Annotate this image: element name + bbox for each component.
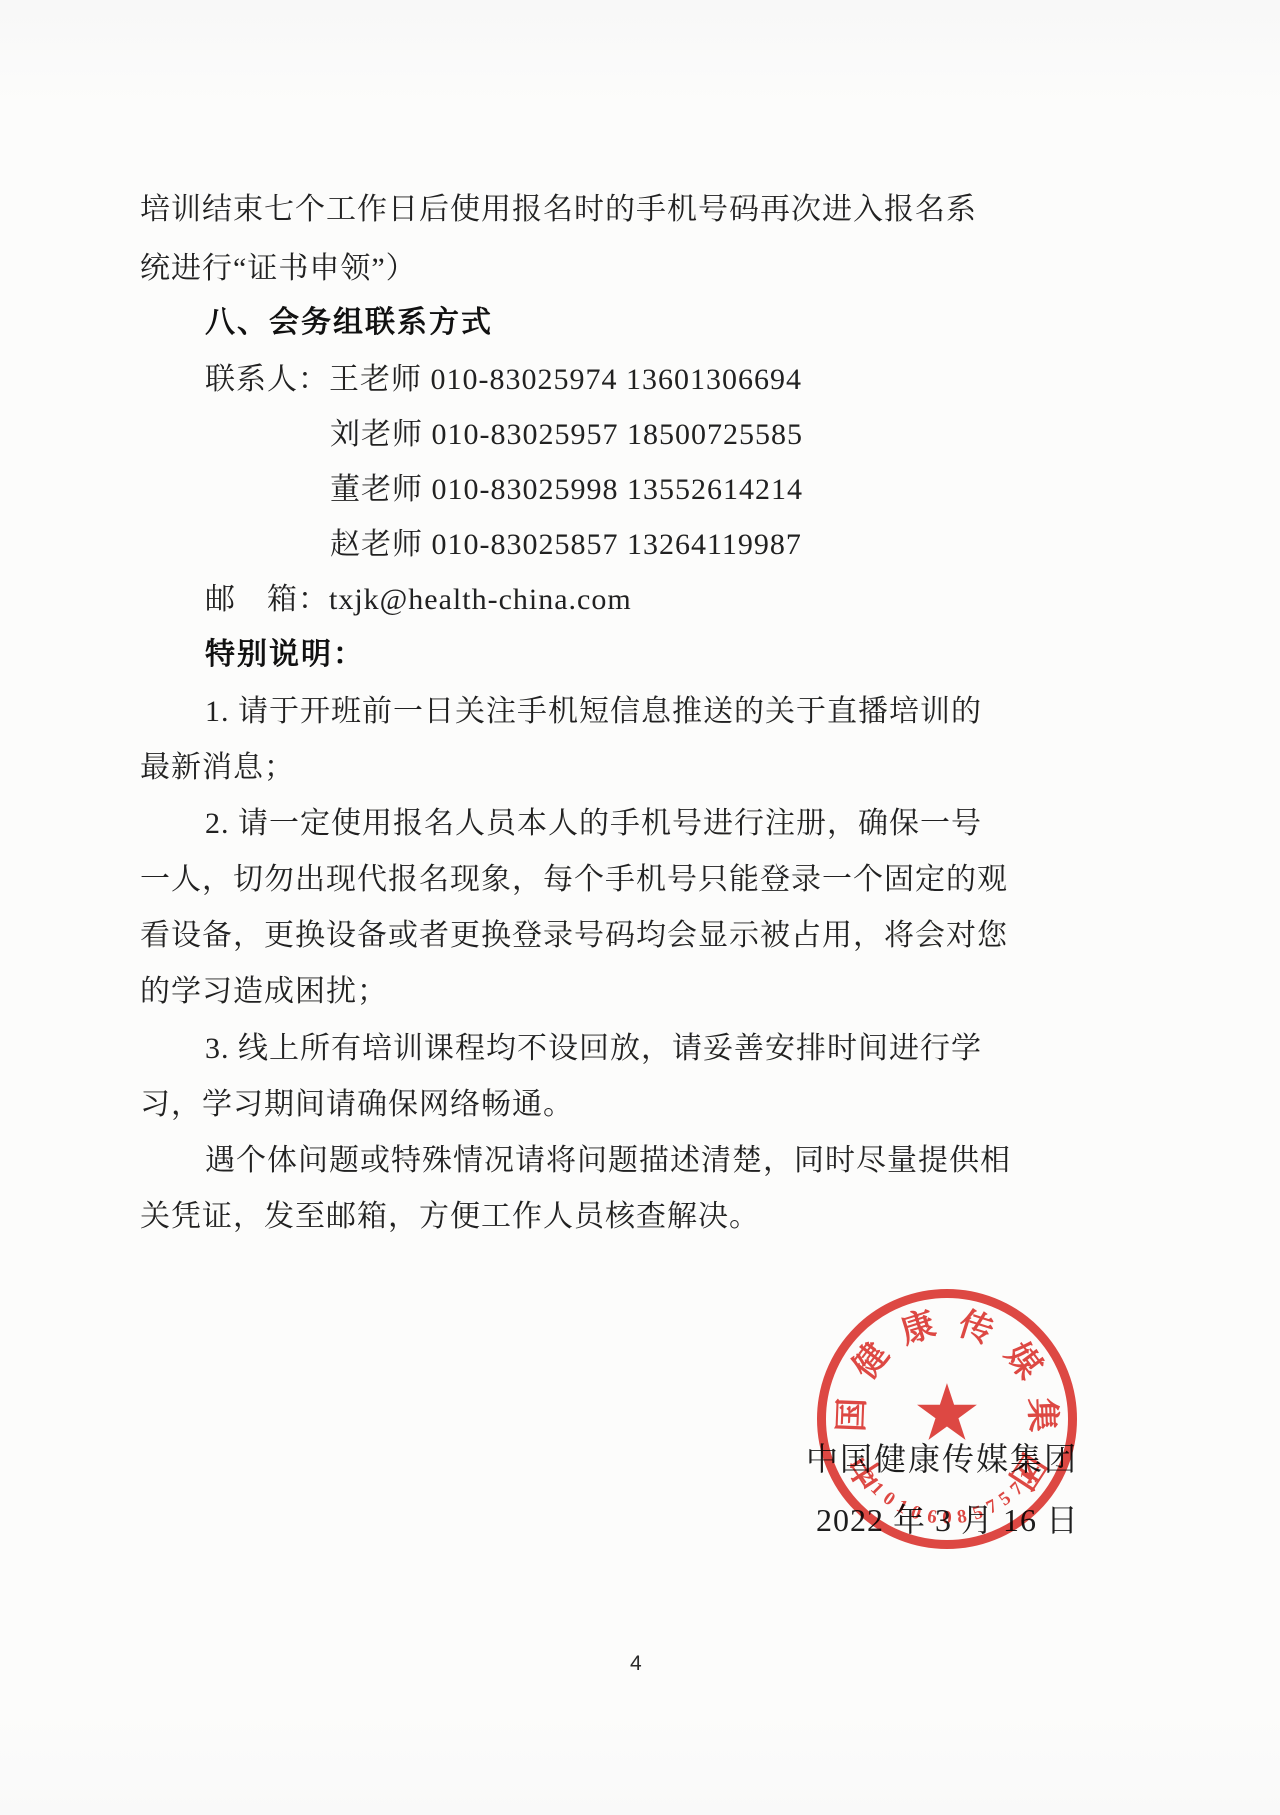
note-2-line: 2. 请一定使用报名人员本人的手机号进行注册，确保一号 xyxy=(205,804,982,844)
scanned-document-page: 培训结束七个工作日后使用报名时的手机号码再次进入报名系 统进行“证书申领”） 八… xyxy=(0,0,1280,1815)
section-heading-contacts: 八、会务组联系方式 xyxy=(205,303,493,343)
seal-arc-digit: 0 xyxy=(942,1509,952,1528)
contact-line-zhao: 赵老师 010-83025857 13264119987 xyxy=(330,525,802,565)
official-seal: ★ 中国健康传媒集团2101060857571 xyxy=(817,1289,1077,1549)
star-icon: ★ xyxy=(912,1375,982,1453)
note-1-continuation: 最新消息； xyxy=(140,748,295,788)
contact-line-dong: 董老师 010-83025998 13552614214 xyxy=(330,470,803,510)
contact-line-liu: 刘老师 010-83025957 18500725585 xyxy=(330,415,803,455)
seal-ring-char: 集 xyxy=(1024,1398,1059,1433)
note-2-continuation: 看设备，更换设备或者更换登录号码均会显示被占用，将会对您 xyxy=(140,916,1008,956)
note-3-continuation: 习，学习期间请确保网络畅通。 xyxy=(140,1085,574,1125)
paragraph-continuation-line: 培训结束七个工作日后使用报名时的手机号码再次进入报名系 xyxy=(140,190,977,230)
closing-paragraph-continuation: 关凭证，发至邮箱，方便工作人员核查解决。 xyxy=(140,1197,760,1237)
note-3-line: 3. 线上所有培训课程均不设回放，请妥善安排时间进行学 xyxy=(205,1029,982,1069)
note-1-line: 1. 请于开班前一日关注手机短信息推送的关于直播培训的 xyxy=(205,692,982,732)
seal-ring-char: 国 xyxy=(834,1398,869,1433)
page-number: 4 xyxy=(630,1652,642,1676)
closing-paragraph-line: 遇个体问题或特殊情况请将问题描述清楚，同时尽量提供相 xyxy=(205,1141,1011,1181)
contact-line-wang: 联系人：王老师 010-83025974 13601306694 xyxy=(205,360,802,400)
special-notes-heading: 特别说明： xyxy=(205,635,365,675)
note-2-continuation: 一人，切勿出现代报名现象，每个手机号只能登录一个固定的观 xyxy=(140,860,1008,900)
note-2-continuation: 的学习造成困扰； xyxy=(140,972,388,1012)
paragraph-continuation-line: 统进行“证书申领”） xyxy=(140,249,417,289)
email-line: 邮 箱：txjk@health-china.com xyxy=(205,580,632,620)
